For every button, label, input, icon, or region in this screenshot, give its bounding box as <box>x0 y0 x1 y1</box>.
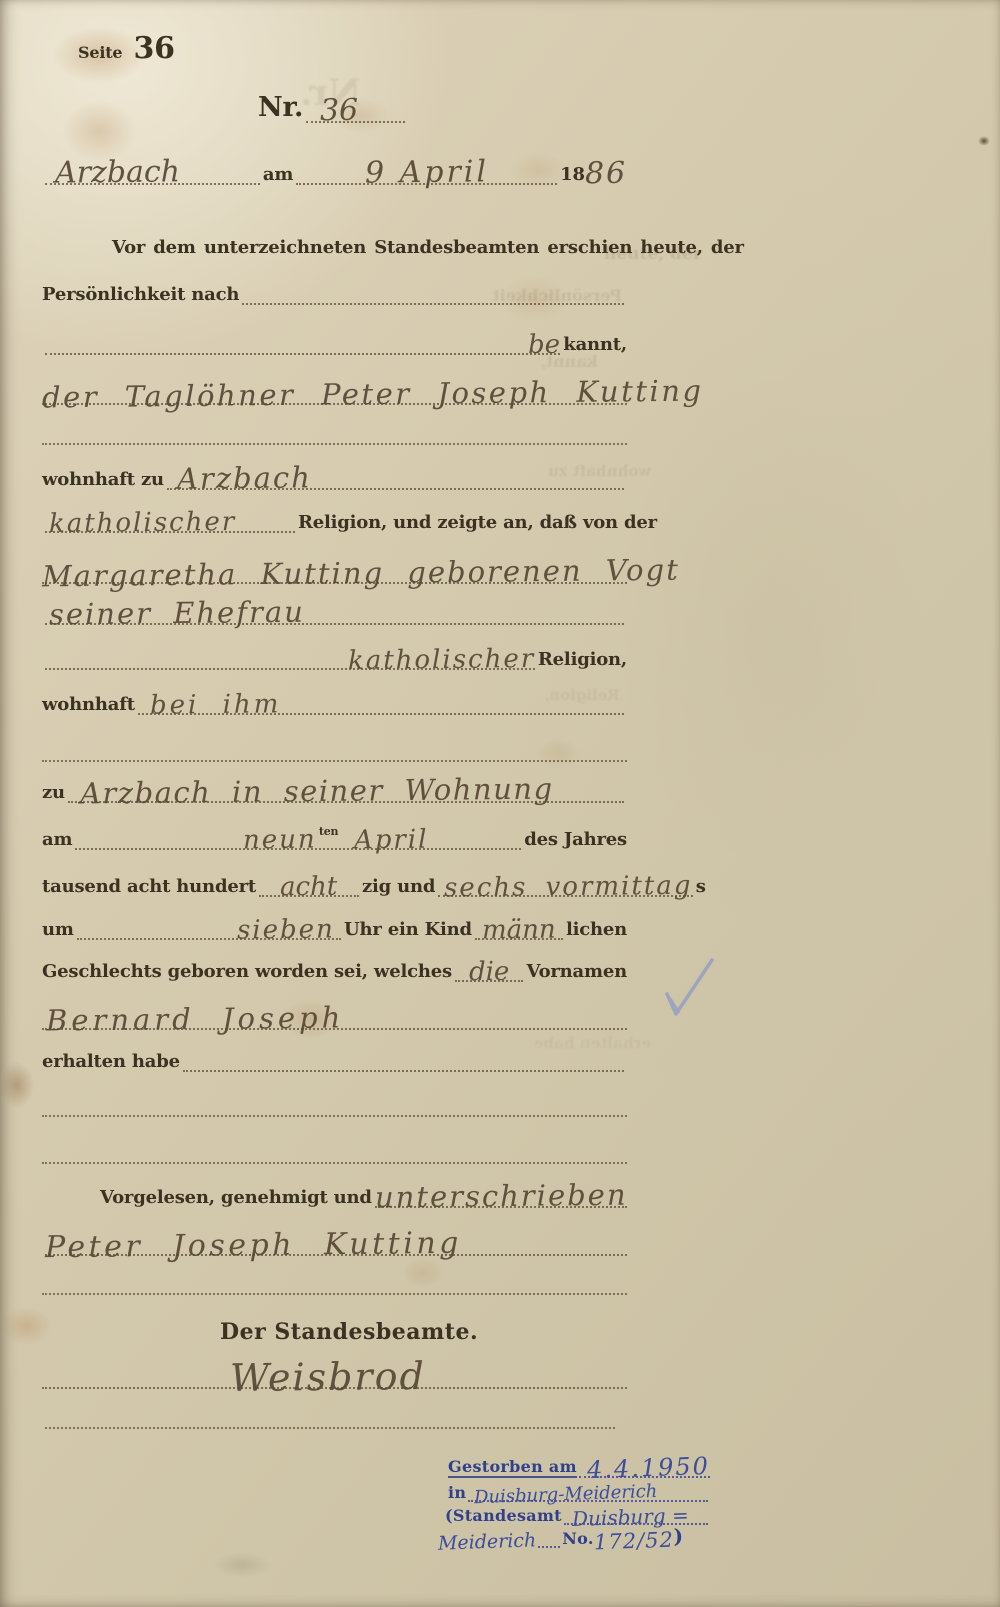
registrar-signature: Weisbrod <box>230 1357 426 1397</box>
child-name-entry: Bernard Joseph <box>46 1003 345 1035</box>
lichen-label: lichen <box>566 920 627 940</box>
tausend-label: tausend acht hundert <box>42 877 256 897</box>
ten-label: ten <box>319 826 338 838</box>
geschlechts-label: Geschlechts geboren worden sei, welches <box>42 962 452 982</box>
birthyear-row: tausend acht hundert acht zig und sechs … <box>42 859 627 897</box>
fox-stain <box>536 738 580 768</box>
persona-label: Persönlichkeit nach <box>42 285 239 305</box>
geschlechts-row: Geschlechts geboren worden sei, welches … <box>42 944 627 982</box>
vornamen-label: Vornamen <box>526 962 627 982</box>
religion2-label: Religion, <box>538 650 627 670</box>
declarant-entry: der Taglöhner Peter Joseph Kutting <box>42 377 704 413</box>
residence-row: wohnhaft zu Arzbach <box>42 452 627 490</box>
birth-day-entry: neun <box>243 827 317 854</box>
wohnhaft-label: wohnhaft <box>42 695 135 715</box>
no-label: No. <box>562 1529 594 1548</box>
religion1-entry: katholischer <box>49 509 236 537</box>
des-jahres-label: des Jahres <box>524 830 627 850</box>
uhr-label: Uhr ein Kind <box>344 920 472 940</box>
decade-entry: acht <box>280 874 338 901</box>
birthtime-row: um sieben Uhr ein Kind männ lichen <box>42 902 627 940</box>
nr-label: Nr. <box>258 93 303 123</box>
kannt-label: kannt, <box>563 335 627 355</box>
fox-stain <box>2 1306 52 1346</box>
erhalten-row: erhalten habe <box>42 1034 627 1072</box>
place-entry: Arzbach <box>55 157 180 188</box>
wohnhaft-row: wohnhaft bei ihm <box>42 677 627 715</box>
religion1-row: katholischer Religion, und zeigte an, da… <box>42 495 627 533</box>
vorgelesen-label: Vorgelesen, genehmigt und <box>100 1188 372 1208</box>
seite-label: Seite <box>78 43 122 62</box>
um-label: um <box>42 920 74 940</box>
religion1-label: Religion, und zeigte an, daß von der <box>298 513 657 533</box>
year-entry: 86 <box>585 159 627 189</box>
birthplace-entry: Arzbach in seiner Wohnung <box>80 775 554 809</box>
form-rule <box>42 1293 627 1295</box>
zig-und-label: zig und <box>362 877 435 897</box>
birth-register-page: heute, der Nr. Persönlichkeit nach kannt… <box>0 0 1000 1607</box>
place-date-row: Arzbach am 9 April 18 86 <box>42 147 627 185</box>
erhalten-label: erhalten habe <box>42 1052 180 1072</box>
religion2-entry: katholischer <box>348 646 535 674</box>
vorgelesen-row: Vorgelesen, genehmigt und unterschrieben <box>100 1170 627 1208</box>
die-entry: die <box>469 959 510 985</box>
religion2-row: katholischer Religion, <box>42 632 627 670</box>
date-entry: 9 April <box>365 157 489 188</box>
seite-number: 36 <box>133 31 174 66</box>
registrar-signature-row: Weisbrod <box>42 1343 627 1389</box>
child-name-row: Bernard Joseph <box>42 990 627 1030</box>
declarant-signature: Peter Joseph Kutting <box>45 1229 462 1263</box>
wohnhaft-zu-label: wohnhaft zu <box>42 470 164 490</box>
hour-entry: sieben <box>237 916 335 943</box>
unterschrieben-entry: unterschrieben <box>375 1181 628 1213</box>
units-time-entry: sechs vormittag <box>444 873 693 902</box>
fox-stain <box>402 1258 444 1288</box>
intro-line: Vor dem unterzeichneten Standesbeamten e… <box>112 238 628 258</box>
relation-entry: seiner Ehefrau <box>49 598 305 630</box>
standesamt-place2-entry: Meiderich <box>438 1531 537 1553</box>
form-rule <box>42 443 627 445</box>
page-number-block: Seite 36 <box>78 32 175 65</box>
form-rule <box>42 1162 627 1164</box>
persona-row: Persönlichkeit nach <box>42 267 627 305</box>
mother-entry: Margaretha Kutting geborenen Vogt <box>42 556 680 592</box>
declarant-signature-row: Peter Joseph Kutting <box>45 1212 627 1256</box>
relation-row: seiner Ehefrau <box>42 587 627 625</box>
gender-entry: männ <box>482 917 556 944</box>
s-label: s <box>696 877 706 897</box>
registrar-title-row: Der Standesbeamte. <box>220 1320 478 1344</box>
zu-label: zu <box>42 783 65 803</box>
birthplace-row: zu Arzbach in seiner Wohnung <box>42 765 627 803</box>
form-rule <box>42 760 627 762</box>
birthday-row: am neun ten April des Jahres <box>42 812 627 850</box>
record-number-row: Nr. 36 <box>258 85 408 123</box>
cert-number-entry: 172/52 <box>593 1530 674 1554</box>
smudge <box>212 1552 272 1578</box>
ink-speck <box>978 136 990 146</box>
declarant-row: der Taglöhner Peter Joseph Kutting <box>42 365 627 405</box>
am-label: am <box>263 165 293 185</box>
form-rule <box>42 1115 627 1117</box>
form-rule <box>45 1427 615 1429</box>
death-note-number-row: Meiderich No. 172/52 ) <box>438 1518 710 1548</box>
fox-stain <box>0 1062 34 1108</box>
be-entry: be <box>528 332 560 358</box>
intro-text: Vor dem unterzeichneten Standesbeamten e… <box>112 237 744 258</box>
residence-entry: Arzbach <box>177 463 312 493</box>
year-printed: 18 <box>560 165 585 185</box>
am2-label: am <box>42 830 72 850</box>
paper-mottle <box>620 380 920 860</box>
paren-close-label: ) <box>674 1524 684 1548</box>
birth-month-entry: April <box>354 827 429 854</box>
mother-row: Margaretha Kutting geborenen Vogt <box>42 544 627 584</box>
wohnhaft-entry: bei ihm <box>150 691 282 718</box>
bekannt-row: be kannt, <box>42 317 627 355</box>
record-number-entry: 36 <box>320 96 358 126</box>
registrar-label: Der Standesbeamte. <box>220 1319 478 1345</box>
blue-pencil-check-icon <box>652 952 722 1032</box>
